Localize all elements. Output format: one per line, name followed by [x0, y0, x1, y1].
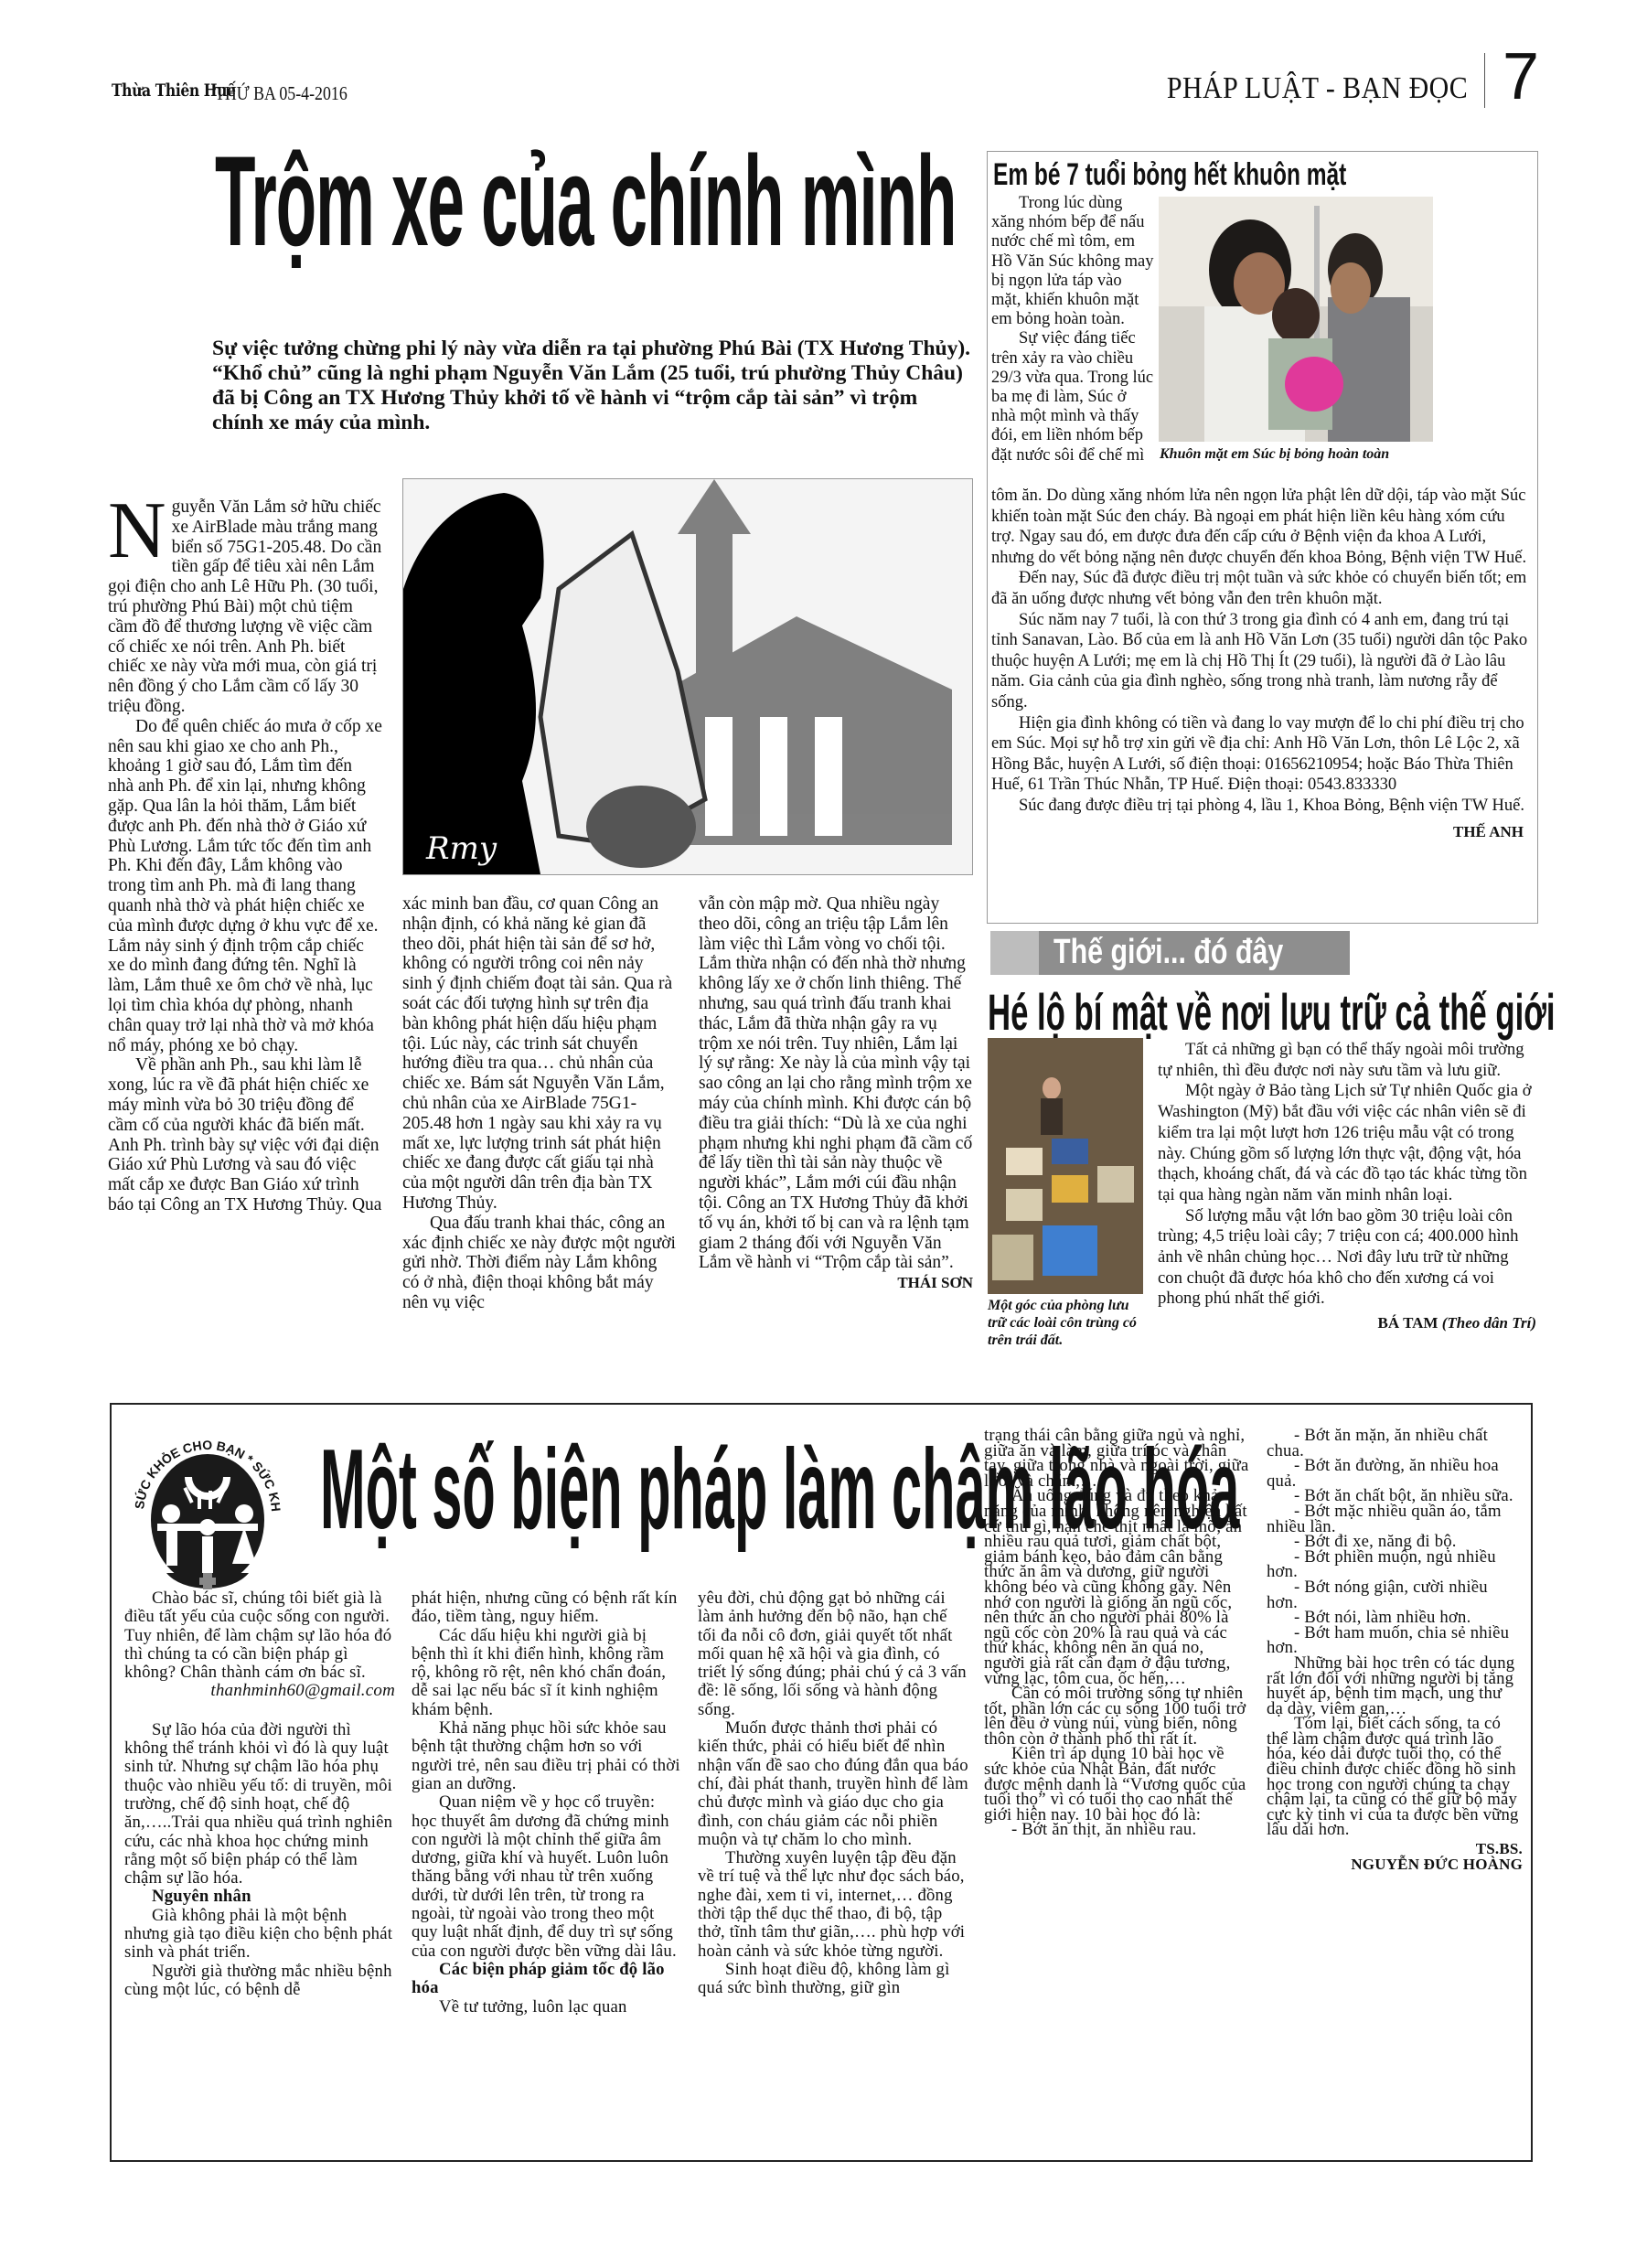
- paragraph: Tất cả những gì bạn có thể thấy ngoài mô…: [1158, 1040, 1536, 1081]
- health-family-logo-icon: SỨC KHỎE CHO BẠN * SỨC KHỎE CHO BẠN: [121, 1427, 294, 1600]
- main-column-1: Nguyễn Văn Lắm sở hữu chiếc xe AirBlade …: [108, 497, 382, 1215]
- paragraph: trạng thái cân bằng giữa ngủ và nghỉ, gi…: [984, 1428, 1249, 1489]
- illustration-silhouette-motorbike-icon: Rmy: [403, 479, 972, 874]
- paragraph: Súc đang được điều trị tại phòng 4, lầu …: [991, 796, 1531, 817]
- main-column-2: xác minh ban đầu, cơ quan Công an nhận đ…: [402, 894, 677, 1313]
- paragraph: Ăn uống đúng và đủ theo khả năng của mìn…: [984, 1489, 1249, 1686]
- header-divider: [1484, 53, 1485, 108]
- paragraph: Người già thường mắc nhiều bệnh cùng một…: [124, 1963, 395, 2000]
- world-article-title: Hé lộ bí mật về nơi lưu trữ cả thế giới: [988, 982, 1556, 1042]
- paragraph: Trong lúc dùng xăng nhóm bếp để nấu nước…: [991, 194, 1154, 329]
- paragraph: Khả năng phục hồi sức khỏe sau bệnh tật …: [412, 1719, 682, 1793]
- paragraph: Sự lão hóa của đời người thì không thể t…: [124, 1721, 395, 1888]
- burn-byline: THẾ ANH: [991, 822, 1524, 843]
- health-column-1: Chào bác sĩ, chúng tôi biết già là điều …: [124, 1589, 395, 1999]
- burn-wide-column: tôm ăn. Do dùng xăng nhóm lửa nên ngọn l…: [991, 486, 1531, 842]
- world-byline-name: BÁ TAM: [1378, 1314, 1438, 1332]
- world-banner-label: Thế giới... đó đây: [1053, 933, 1283, 972]
- paragraph: Già không phải là một bệnh nhưng già tạo…: [124, 1907, 395, 1963]
- photo-family-hospital-icon: [1159, 197, 1433, 442]
- health-column-4: trạng thái cân bằng giữa ngủ và nghỉ, gi…: [984, 1428, 1249, 1838]
- paragraph: Kiên trì áp dụng 10 bài học về sức khỏe …: [984, 1747, 1249, 1823]
- health-byline-name: NGUYỄN ĐỨC HOÀNG: [1267, 1857, 1523, 1873]
- paragraph: vẫn còn mập mờ. Qua nhiều ngày theo dõi,…: [699, 894, 973, 1273]
- world-byline: BÁ TAM (Theo dân Trí): [1158, 1313, 1536, 1334]
- paragraph: Đến nay, Súc đã được điều trị một tuần v…: [991, 568, 1531, 609]
- paragraph: Sự việc đáng tiếc trên xảy ra vào chiều …: [991, 329, 1154, 465]
- world-photo-caption: Một góc của phòng lưu trữ các loài côn t…: [988, 1297, 1145, 1349]
- health-column-3: yêu đời, chủ động gạt bỏ những cái làm ả…: [698, 1589, 968, 1998]
- paragraph: Các dấu hiệu khi người già bị bệnh thì í…: [412, 1627, 682, 1719]
- paragraph: Súc năm nay 7 tuổi, là con thứ 3 trong g…: [991, 610, 1531, 713]
- paragraph: Hiện gia đình không có tiền và đang lo v…: [991, 713, 1531, 796]
- main-lead: Sự việc tưởng chừng phi lý này vừa diễn …: [212, 337, 971, 435]
- health-column-2: phát hiện, nhưng cũng có bệnh rất kín đá…: [412, 1589, 682, 2017]
- paragraph: Qua đấu tranh khai thác, công an xác địn…: [402, 1214, 677, 1313]
- paragraph: Về phần anh Ph., sau khi làm lễ xong, lú…: [108, 1055, 382, 1214]
- burn-article-photo: [1159, 197, 1433, 442]
- question-text: Chào bác sĩ, chúng tôi biết già là điều …: [124, 1589, 395, 1682]
- paragraph: Một ngày ở Bảo tàng Lịch sử Tự nhiên Quố…: [1158, 1081, 1536, 1205]
- list-item: - Bớt ham muốn, chia sẻ nhiều hơn.: [1267, 1626, 1523, 1656]
- subheading-cause: Nguyên nhân: [124, 1888, 395, 1906]
- paragraph: xác minh ban đầu, cơ quan Công an nhận đ…: [402, 894, 677, 1214]
- paragraph: Sinh hoạt điều độ, không làm gì quá sức …: [698, 1961, 968, 1998]
- page-number: 7: [1503, 44, 1539, 110]
- world-banner-accent: [990, 931, 1039, 975]
- issue-date: THỨ BA 05-4-2016: [215, 82, 348, 105]
- list-item: - Bớt mặc nhiều quần áo, tắm nhiều lần.: [1267, 1504, 1523, 1535]
- paragraph: Muốn được thảnh thơi phải có kiến thức, …: [698, 1719, 968, 1849]
- subheading-measures: Các biện pháp giảm tốc độ lão hóa: [412, 1961, 682, 1998]
- paragraph: Cần có môi trường sống tự nhiên tốt, phầ…: [984, 1686, 1249, 1747]
- main-headline: Trộm xe của chính mình: [215, 137, 956, 265]
- list-item: - Bớt ăn đường, ăn nhiều hoa quả.: [1267, 1459, 1523, 1489]
- paragraph: Thường xuyên luyện tập đều đặn về trí tu…: [698, 1849, 968, 1961]
- list-item: - Bớt ăn thịt, ăn nhiều rau.: [984, 1823, 1249, 1838]
- main-column-3: vẫn còn mập mờ. Qua nhiều ngày theo dõi,…: [699, 894, 973, 1293]
- svg-text:Rmy: Rmy: [425, 830, 497, 867]
- paragraph: Do để quên chiếc áo mưa ở cốp xe nên sau…: [108, 717, 382, 1056]
- health-column-5: - Bớt ăn mặn, ăn nhiều chất chua. - Bớt …: [1267, 1428, 1523, 1872]
- paragraph: yêu đời, chủ động gạt bỏ những cái làm ả…: [698, 1589, 968, 1719]
- world-byline-source: (Theo dân Trí): [1442, 1314, 1536, 1332]
- paragraph: Số lượng mẫu vật lớn bao gồm 30 triệu lo…: [1158, 1206, 1536, 1311]
- main-illustration: Rmy: [402, 478, 973, 875]
- burn-article-title: Em bé 7 tuổi bỏng hết khuôn mặt: [993, 157, 1346, 193]
- burn-photo-caption: Khuôn mặt em Súc bị bỏng hoàn toàn: [1160, 446, 1389, 463]
- paragraph: phát hiện, nhưng cũng có bệnh rất kín đá…: [412, 1589, 682, 1627]
- main-byline: THÁI SƠN: [699, 1273, 973, 1293]
- paragraph: tôm ăn. Do dùng xăng nhóm lửa nên ngọn l…: [991, 486, 1531, 568]
- section-title: PHÁP LUẬT - BẠN ĐỌC: [1167, 71, 1468, 106]
- paragraph: Về tư tưởng, luôn lạc quan: [412, 1998, 682, 2017]
- world-column: Tất cả những gì bạn có thể thấy ngoài mô…: [1158, 1040, 1536, 1334]
- health-logo: SỨC KHỎE CHO BẠN * SỨC KHỎE CHO BẠN: [121, 1427, 294, 1600]
- burn-narrow-column: Trong lúc dùng xăng nhóm bếp để nấu nước…: [991, 194, 1154, 465]
- reader-email: thanhminh60@gmail.com: [124, 1682, 395, 1700]
- list-item: - Bớt nóng giận, cười nhiều hơn.: [1267, 1580, 1523, 1610]
- paragraph: Quan niệm về y học cổ truyền: học thuyết…: [412, 1793, 682, 1961]
- paragraph: Những bài học trên có tác dụng rất lớn đ…: [1267, 1656, 1523, 1717]
- list-item: - Bớt phiền muộn, ngủ nhiều hơn.: [1267, 1550, 1523, 1580]
- photo-specimen-drawers-icon: [988, 1038, 1143, 1294]
- paragraph: Tóm lại, biết cách sống, ta có thể làm c…: [1267, 1717, 1523, 1838]
- world-article-photo: [988, 1038, 1143, 1294]
- list-item: - Bớt ăn mặn, ăn nhiều chất chua.: [1267, 1428, 1523, 1459]
- dropcap: N: [108, 499, 166, 563]
